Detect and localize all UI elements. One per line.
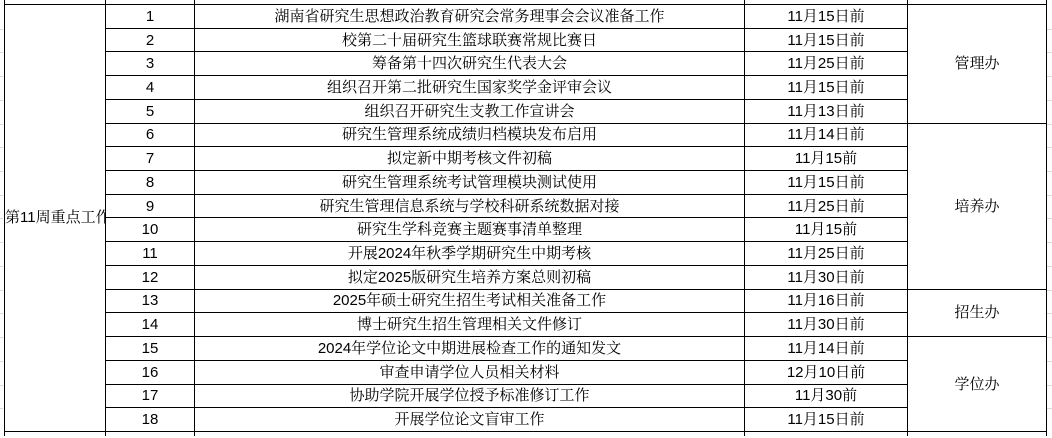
deadline-cell: 11月14日前 [745, 123, 908, 147]
cropped-cell [908, 431, 1047, 436]
row-number-cell: 15 [106, 337, 195, 361]
table-row: 9研究生管理信息系统与学校科研系统数据对接11月25日前 [5, 194, 1047, 218]
task-cell: 研究生管理系统成绩归档模块发布启用 [195, 123, 745, 147]
sheet-gridline-tick [0, 100, 3, 101]
row-number-cell: 12 [106, 265, 195, 289]
task-cell: 研究生管理信息系统与学校科研系统数据对接 [195, 194, 745, 218]
task-cell: 博士研究生招生管理相关文件修订 [195, 313, 745, 337]
task-cell: 筹备第十四次研究生代表大会 [195, 52, 745, 76]
department-cell: 管理办 [908, 5, 1047, 124]
deadline-cell: 11月15日前 [745, 28, 908, 52]
task-cell: 研究生管理系统考试管理模块测试使用 [195, 171, 745, 195]
cropped-cell [5, 431, 106, 436]
task-cell: 2025年硕士研究生招生考试相关准备工作 [195, 289, 745, 313]
department-cell: 学位办 [908, 337, 1047, 432]
cropped-cell [195, 431, 745, 436]
sheet-gridline-tick [1047, 171, 1052, 172]
sheet-gridline-tick [0, 171, 3, 172]
sheet-gridline-tick [0, 242, 3, 243]
sheet-gridline-tick [1047, 124, 1052, 125]
row-number-cell: 2 [106, 28, 195, 52]
sheet-gridline-tick [1047, 147, 1052, 148]
sheet-gridline-tick [1047, 242, 1052, 243]
deadline-cell: 11月15日前 [745, 76, 908, 100]
row-number-cell: 8 [106, 171, 195, 195]
sheet-gridline-tick [1047, 218, 1052, 219]
deadline-cell: 11月14日前 [745, 337, 908, 361]
task-cell: 湖南省研究生思想政治教育研究会常务理事会会议准备工作 [195, 5, 745, 29]
sheet-gridline-tick [0, 313, 3, 314]
deadline-cell: 11月15日前 [745, 408, 908, 432]
table-row: 3筹备第十四次研究生代表大会11月25日前 [5, 52, 1047, 76]
deadline-cell: 11月25日前 [745, 194, 908, 218]
task-cell: 组织召开第二批研究生国家奖学金评审会议 [195, 76, 745, 100]
sheet-gridline-tick [0, 147, 3, 148]
sheet-gridline-tick [1047, 385, 1052, 386]
sheet-gridline-tick [0, 76, 3, 77]
sheet-gridline-tick [0, 124, 3, 125]
table-row: 6研究生管理系统成绩归档模块发布启用11月14日前培养办 [5, 123, 1047, 147]
deadline-cell: 11月30日前 [745, 313, 908, 337]
task-cell: 开展2024年秋季学期研究生中期考核 [195, 242, 745, 266]
sheet-gridline-tick [0, 195, 3, 196]
sheet-gridline-tick [0, 52, 3, 53]
table-row: 5组织召开研究生支教工作宣讲会11月13日前 [5, 99, 1047, 123]
sheet-gridline-tick [1047, 290, 1052, 291]
deadline-cell: 11月25日前 [745, 242, 908, 266]
sheet-gridline-tick [0, 218, 3, 219]
row-number-cell: 10 [106, 218, 195, 242]
row-number-cell: 3 [106, 52, 195, 76]
department-cell: 招生办 [908, 289, 1047, 336]
sheet-gridline-tick [0, 29, 3, 30]
table-row: 12拟定2025版研究生培养方案总则初稿11月30日前 [5, 265, 1047, 289]
table-row: 4组织召开第二批研究生国家奖学金评审会议11月15日前 [5, 76, 1047, 100]
table-row: 7拟定新中期考核文件初稿11月15前 [5, 147, 1047, 171]
sheet-gridline-tick [1047, 52, 1052, 53]
sheet-gridline-tick [1047, 408, 1052, 409]
table-row: 10研究生学科竞赛主题赛事清单整理11月15前 [5, 218, 1047, 242]
sheet-gridline-tick [0, 266, 3, 267]
task-cell: 拟定2025版研究生培养方案总则初稿 [195, 265, 745, 289]
table-row: 18开展学位论文盲审工作11月15日前 [5, 408, 1047, 432]
table-row: 2校第二十届研究生篮球联赛常规比赛日11月15日前 [5, 28, 1047, 52]
sheet-gridline-tick [1047, 361, 1052, 362]
sheet-gridline-tick [1047, 337, 1052, 338]
deadline-cell: 11月15日前 [745, 171, 908, 195]
department-cell: 培养办 [908, 123, 1047, 289]
cropped-bottom-row [5, 431, 1047, 436]
task-cell: 校第二十届研究生篮球联赛常规比赛日 [195, 28, 745, 52]
row-number-cell: 13 [106, 289, 195, 313]
row-number-cell: 4 [106, 76, 195, 100]
deadline-cell: 11月16日前 [745, 289, 908, 313]
task-cell: 协助学院开展学位授予标准修订工作 [195, 384, 745, 408]
sheet-gridline-tick [0, 385, 3, 386]
sheet-gridline-tick [1047, 29, 1052, 30]
table-row: 14博士研究生招生管理相关文件修订11月30日前 [5, 313, 1047, 337]
task-cell: 组织召开研究生支教工作宣讲会 [195, 99, 745, 123]
deadline-cell: 11月25日前 [745, 52, 908, 76]
sheet-gridline-tick [1047, 100, 1052, 101]
row-number-cell: 18 [106, 408, 195, 432]
task-cell: 拟定新中期考核文件初稿 [195, 147, 745, 171]
deadline-cell: 11月15前 [745, 218, 908, 242]
table-row: 17协助学院开展学位授予标准修订工作11月30前 [5, 384, 1047, 408]
sheet-gridline-tick [0, 290, 3, 291]
table-title: 第11周重点工作安排 [5, 5, 106, 432]
row-number-cell: 9 [106, 194, 195, 218]
deadline-cell: 11月30日前 [745, 265, 908, 289]
task-cell: 研究生学科竞赛主题赛事清单整理 [195, 218, 745, 242]
sheet-gridline-tick [1047, 313, 1052, 314]
table-row: 132025年硕士研究生招生考试相关准备工作11月16日前招生办 [5, 289, 1047, 313]
task-cell: 审查申请学位人员相关材料 [195, 360, 745, 384]
deadline-cell: 11月15日前 [745, 5, 908, 29]
table-row: 16审查申请学位人员相关材料12月10日前 [5, 360, 1047, 384]
task-cell: 2024年学位论文中期进展检查工作的通知发文 [195, 337, 745, 361]
row-number-cell: 14 [106, 313, 195, 337]
sheet-gridline-tick [1047, 76, 1052, 77]
deadline-cell: 12月10日前 [745, 360, 908, 384]
deadline-cell: 11月15前 [745, 147, 908, 171]
sheet-gridline-tick [0, 337, 3, 338]
table-row: 8研究生管理系统考试管理模块测试使用11月15日前 [5, 171, 1047, 195]
task-cell: 开展学位论文盲审工作 [195, 408, 745, 432]
work-table-body: 第11周重点工作安排1湖南省研究生思想政治教育研究会常务理事会会议准备工作11月… [5, 0, 1047, 436]
cropped-cell [106, 431, 195, 436]
table-row: 11开展2024年秋季学期研究生中期考核11月25日前 [5, 242, 1047, 266]
deadline-cell: 11月30前 [745, 384, 908, 408]
sheet-gridline-tick [0, 361, 3, 362]
sheet-gridline-tick [1047, 195, 1052, 196]
row-number-cell: 7 [106, 147, 195, 171]
table-row: 第11周重点工作安排1湖南省研究生思想政治教育研究会常务理事会会议准备工作11月… [5, 5, 1047, 29]
deadline-cell: 11月13日前 [745, 99, 908, 123]
cropped-cell [745, 431, 908, 436]
row-number-cell: 5 [106, 99, 195, 123]
row-number-cell: 6 [106, 123, 195, 147]
sheet-gridline-tick [1047, 266, 1052, 267]
sheet-gridline-tick [0, 408, 3, 409]
row-number-cell: 11 [106, 242, 195, 266]
row-number-cell: 1 [106, 5, 195, 29]
row-number-cell: 17 [106, 384, 195, 408]
table-row: 152024年学位论文中期进展检查工作的通知发文11月14日前学位办 [5, 337, 1047, 361]
weekly-work-table: 第11周重点工作安排1湖南省研究生思想政治教育研究会常务理事会会议准备工作11月… [4, 0, 1047, 436]
row-number-cell: 16 [106, 360, 195, 384]
spreadsheet-screenshot: 第11周重点工作安排1湖南省研究生思想政治教育研究会常务理事会会议准备工作11月… [0, 0, 1052, 438]
